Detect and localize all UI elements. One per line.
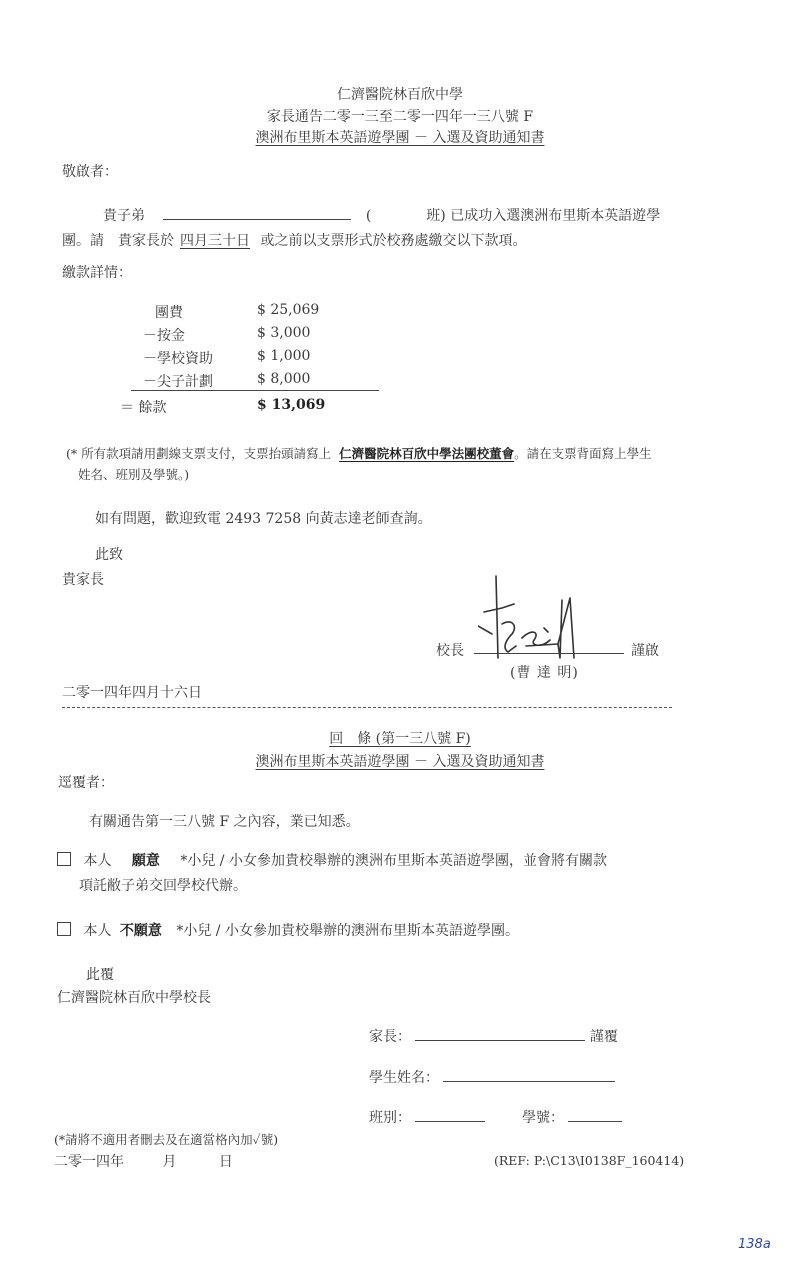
class-selected-text: 班) 已成功入選澳洲布里斯本英語遊學 xyxy=(426,208,660,224)
reply-addressee: 仁濟醫院林百欣中學校長 xyxy=(57,987,211,1007)
parent-field: 家長： 謹覆 xyxy=(369,1026,618,1046)
option-agree: 本人 願意 *小兒 / 小女參加貴校舉辦的澳洲布里斯本英語遊學團，並會將有關款 xyxy=(57,850,607,870)
enquiry-text: 如有問題，歡迎致電 2493 7258 向黃志達老師查詢。 xyxy=(95,508,432,528)
cheque-note-line-2: 姓名、班別及學號。) xyxy=(78,465,189,483)
agree-choice: 願意 xyxy=(132,853,160,869)
addressee: 貴家長 xyxy=(62,569,104,589)
fee-label: －學校資助 xyxy=(143,348,213,368)
notice-date: 二零一四年四月十六日 xyxy=(62,682,202,702)
school-name: 仁濟醫院林百欣中學 xyxy=(0,84,800,104)
decline-checkbox[interactable] xyxy=(57,922,71,936)
principal-name: (曹 達 明) xyxy=(510,662,579,682)
reply-date: 二零一四年 月 日 xyxy=(54,1151,233,1171)
reply-title: 回 條 (第一三八號 F) xyxy=(329,731,471,747)
paragraph-line-1: 貴子弟 ( 班) 已成功入選澳洲布里斯本英語遊學 xyxy=(103,205,660,225)
option-decline: 本人 不願意 *小兒 / 小女參加貴校舉辦的澳洲布里斯本英語遊學團。 xyxy=(57,920,519,940)
cheque-note-text-b: 。請在支票背面寫上學生 xyxy=(514,446,652,461)
footnote: (*請將不適用者刪去及在適當格內加✓號) xyxy=(54,1130,278,1148)
signature-image xyxy=(478,574,598,660)
decline-choice: 不願意 xyxy=(120,923,162,939)
reference-code: (REF: P:\C13\I0138F_160414) xyxy=(494,1153,684,1168)
class-label: 班別： xyxy=(369,1110,411,1126)
student-no-label: 學號： xyxy=(522,1110,564,1126)
signature-line xyxy=(474,653,624,654)
cheque-note: (* 所有款項請用劃線支票支付，支票抬頭請寫上 仁濟醫院林百欣中學法團校董會。請… xyxy=(66,444,652,462)
principal-suffix: 謹啟 xyxy=(631,640,659,660)
notice-title: 澳洲布里斯本英語遊學團 － 入選及資助通知書 xyxy=(256,130,545,146)
salutation: 敬啟者： xyxy=(62,161,118,181)
fee-amount: $ 3,000 xyxy=(257,325,310,341)
notice-number: 家長通告二零一三至二零一四年一三八號 F xyxy=(0,106,800,126)
student-no-field: 學號： xyxy=(522,1107,622,1127)
closing: 此致 xyxy=(95,544,123,564)
balance-amount: $ 13,069 xyxy=(257,397,325,413)
tear-off-divider xyxy=(62,707,672,708)
agree-text: *小兒 / 小女參加貴校舉辦的澳洲布里斯本英語遊學團，並會將有關款 xyxy=(180,853,607,869)
agree-text-line-2: 項託敝子弟交回學校代辦。 xyxy=(79,875,247,895)
cheque-note-text: (* 所有款項請用劃線支票支付，支票抬頭請寫上 xyxy=(66,446,331,461)
date-day: 日 xyxy=(219,1154,233,1170)
fee-label: －按金 xyxy=(143,325,185,345)
deadline: 四月三十日 xyxy=(174,233,256,249)
class-input[interactable] xyxy=(415,1109,485,1122)
date-month: 月 xyxy=(162,1154,176,1170)
date-year: 二零一四年 xyxy=(54,1154,124,1170)
para-text-a: 團。請 貴家長於 xyxy=(62,233,174,249)
decline-text: *小兒 / 小女參加貴校舉辦的澳洲布里斯本英語遊學團。 xyxy=(176,923,519,939)
paragraph-line-2: 團。請 貴家長於四月三十日 或之前以支票形式於校務處繳交以下款項。 xyxy=(62,230,526,250)
fee-amount: $ 25,069 xyxy=(257,302,319,318)
principal-label: 校長 xyxy=(436,640,464,660)
student-name-input[interactable] xyxy=(443,1069,615,1082)
student-no-input[interactable] xyxy=(568,1109,622,1122)
handwritten-annotation: 138a xyxy=(738,1237,771,1252)
parent-label: 家長： xyxy=(369,1029,411,1045)
balance-label: ＝ 餘款 xyxy=(120,397,166,417)
agree-checkbox[interactable] xyxy=(57,852,71,866)
payment-heading: 繳款詳情： xyxy=(62,262,132,282)
paren-open: ( xyxy=(366,208,371,224)
acknowledgement: 有關通告第一三八號 F 之內容，業已知悉。 xyxy=(89,811,360,831)
student-prefix: 貴子弟 xyxy=(103,208,145,224)
sum-divider xyxy=(131,390,379,391)
fee-amount: $ 8,000 xyxy=(257,371,310,387)
parent-signature-input[interactable] xyxy=(415,1028,585,1041)
para-text-b: 或之前以支票形式於校務處繳交以下款項。 xyxy=(260,233,526,249)
fee-label: 團費 xyxy=(155,302,183,322)
reply-salutation: 逕覆者： xyxy=(58,772,114,792)
reply-subtitle: 澳洲布里斯本英語遊學團 － 入選及資助通知書 xyxy=(256,754,545,770)
student-name-blank[interactable] xyxy=(163,207,351,220)
parent-suffix: 謹覆 xyxy=(590,1029,618,1045)
option-prefix: 本人 xyxy=(83,853,111,869)
student-name-label: 學生姓名： xyxy=(369,1070,439,1086)
class-field: 班別： xyxy=(369,1107,485,1127)
fee-amount: $ 1,000 xyxy=(257,348,310,364)
reply-closing: 此覆 xyxy=(86,964,114,984)
fee-label: －尖子計劃 xyxy=(143,371,213,391)
student-name-field: 學生姓名： xyxy=(369,1067,615,1087)
option-prefix: 本人 xyxy=(83,923,111,939)
cheque-payee: 仁濟醫院林百欣中學法團校董會 xyxy=(339,446,514,461)
